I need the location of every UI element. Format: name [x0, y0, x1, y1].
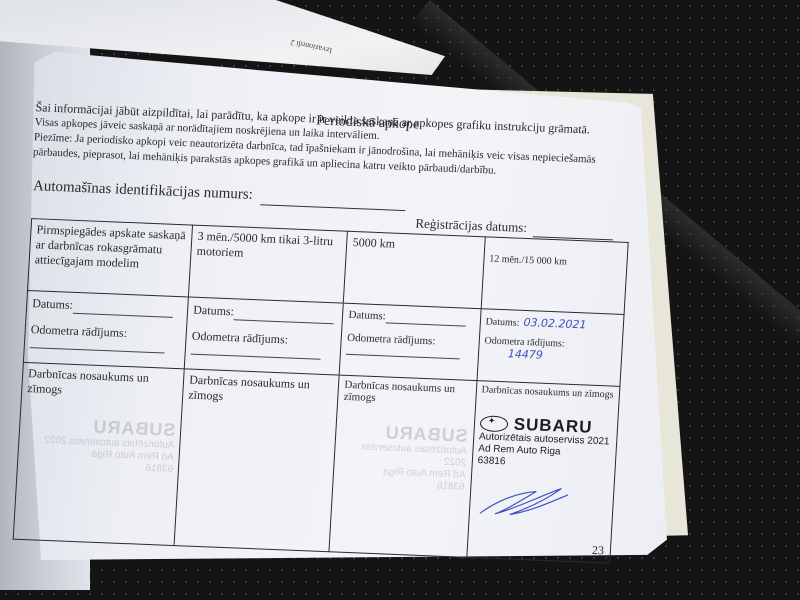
date-value-handwritten: 03.02.2021: [523, 316, 587, 332]
date-label: Datums:: [193, 303, 234, 319]
workshop-cell: Darbnīcas nosaukums un zīmogs SUBARU Aut…: [329, 375, 476, 557]
date-odometer-cell: Datums: Odometra rādījums:: [184, 297, 343, 375]
vin-field: Automašīnas identifikācijas numurs:: [32, 178, 406, 211]
date-blank[interactable]: [233, 304, 334, 324]
workshop-label: Darbnīcas nosaukums un zīmogs: [481, 384, 614, 400]
page-content: Periodiskā apkope Šai informācijai jābūt…: [7, 100, 642, 564]
workshop-cell: Darbnīcas nosaukums un zīmogs SUBARU Aut…: [467, 381, 620, 563]
date-odometer-cell: Datums:03.02.2021 Odometra rādījums: 144…: [477, 309, 624, 387]
bleed-through-stamp: SUBARU Autorizētais autoserviss 2022 Ad …: [23, 418, 176, 476]
signature-icon: [474, 481, 576, 521]
interval-header: 5000 km: [344, 231, 485, 308]
date-odometer-cell: Datums: Odometra rādījums:: [340, 303, 481, 380]
workshop-cell: Darbnīcas nosaukums un zīmogs: [174, 369, 339, 552]
bleed-through-stamp: SUBARU Autorizētais autoserviss 2022 Ad …: [338, 425, 468, 494]
vin-blank[interactable]: [260, 187, 406, 211]
interval-header: 3 mēn./5000 km tikai 3-litru motoriem: [189, 225, 348, 303]
registration-label: Reģistrācijas datums:: [415, 216, 527, 235]
date-odometer-cell: Datums: Odometra rādījums:: [23, 290, 188, 368]
interval-header: 12 mēn./15 000 km: [481, 237, 628, 315]
registration-blank[interactable]: [532, 220, 613, 240]
stamp-brand: SUBARU: [513, 419, 592, 434]
workshop-stamp-row: Darbnīcas nosaukums un zīmogs SUBARU Aut…: [13, 362, 620, 563]
workshop-label: Darbnīcas nosaukums un zīmogs: [188, 373, 334, 409]
date-blank[interactable]: [72, 298, 173, 318]
maintenance-table: Pirmspiegādes apskate saskaņā ar darbnīc…: [13, 218, 629, 564]
date-blank[interactable]: [385, 310, 466, 326]
date-label: Datums:: [485, 316, 519, 328]
flap-text: Izvazionrdi 2: [290, 38, 333, 56]
date-label: Datums:: [32, 296, 73, 312]
interval-header: Pirmspiegādes apskate saskaņā ar darbnīc…: [28, 219, 193, 297]
dealer-stamp: SUBARU Autorizētais autoserviss 2021 Ad …: [474, 415, 612, 526]
vin-label: Automašīnas identifikācijas numurs:: [33, 178, 254, 203]
page-number: 23: [591, 543, 604, 558]
workshop-label: Darbnīcas nosaukums un zīmogs: [27, 366, 179, 402]
date-label: Datums:: [348, 309, 386, 322]
subaru-logo-icon: [479, 415, 508, 432]
workshop-cell: Darbnīcas nosaukums un zīmogs SUBARU Aut…: [13, 362, 184, 545]
workshop-label: Darbnīcas nosaukums un zīmogs: [343, 379, 471, 408]
